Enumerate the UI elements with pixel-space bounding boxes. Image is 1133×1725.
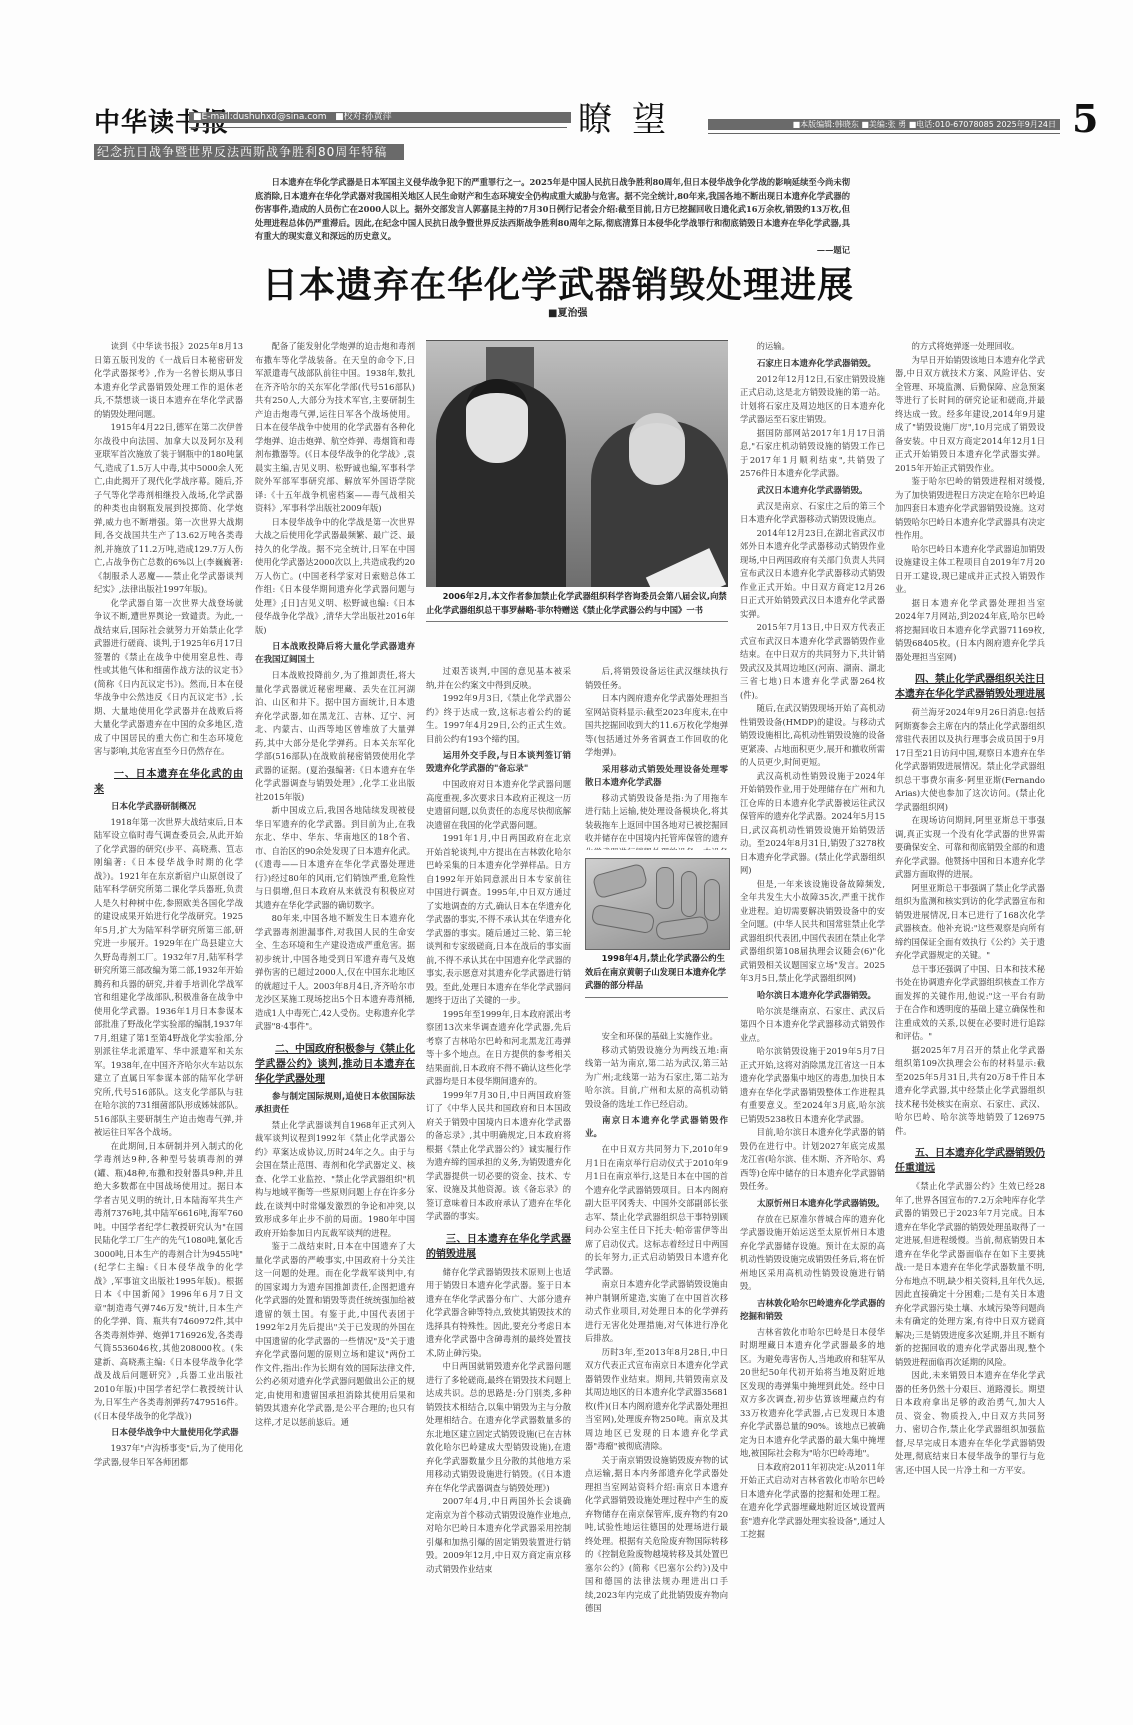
masthead: 中华读书报 ■E-mail:dushuhxd@sina.com ■校对:孙黄萍 … <box>94 100 1094 136</box>
email: ■E-mail:dushuhxd@sina.com <box>193 112 327 122</box>
column-1: 读到《中华读书报》2025年8月13日第五版刊发的《一战后日本秘密研发化学武器探… <box>94 340 243 1640</box>
shell <box>655 915 709 940</box>
paragraph: 中国政府对日本遗弃化学武器问题高度重视,多次要求日本政府正视这一历史遗留问题,以… <box>426 778 571 832</box>
paragraph: 随后,在武汉销毁现场开始了高机动性销毁设备(HMDP)的建设。与移动式销毁设施相… <box>740 702 885 770</box>
paragraph: 为早日开始销毁该地日本遗弃化学武器,中日双方就技术方案、风险评估、安全管理、环境… <box>895 354 1045 476</box>
paragraph: 历时3年,至2013年8月28日,中日双方代表正式宣布南京日本遗弃化学武器销毁作… <box>585 1346 728 1454</box>
paragraph: 1918年第一次世界大战结束后,日本陆军设立临时毒气调查委员会,从此开始了化学武… <box>94 816 243 1140</box>
article-headline: 日本遗弃在华化学武器销毁处理进展 <box>262 257 842 308</box>
paragraph: 2012年12月12日,石家庄销毁设施正式启动,这是北方销毁设施的第一站。计划将… <box>740 373 885 427</box>
paragraph: 但是,一年来该设施设备故障频发,全年共发生大小故障35次,严重干扰作业进程。迫切… <box>740 878 885 986</box>
subheading: 日本侵华战争中大量使用化学武器 <box>94 1427 243 1440</box>
column-5: 的运输。 石家庄日本遗弃化学武器销毁。 2012年12月12日,石家庄销毁设施正… <box>740 340 885 1640</box>
subheading: 哈尔滨日本遗弃化学武器销毁。 <box>740 990 885 1003</box>
paragraph: 读到《中华读书报》2025年8月13日第五版刊发的《一战后日本秘密研发化学武器探… <box>94 340 243 421</box>
paragraph: 哈尔巴岭日本遗弃化学武器追加销毁设施建设主体工程项目自2019年7月20日开工建… <box>895 543 1045 597</box>
paragraph: 的方式将炮弹逐一处理回收。 <box>895 340 1045 354</box>
contact-bar: ■E-mail:dushuhxd@sina.com ■校对:孙黄萍 <box>189 112 571 123</box>
paragraph: 目前,哈尔滨日本遗弃化学武器的销毁仍在进行中。计划2027年底完成黑龙江省(哈尔… <box>740 1126 885 1194</box>
paragraph: 储存化学武器销毁技术原则上也适用于销毁日本遗弃化学武器。鉴于日本遗弃在华化学武器… <box>426 1266 571 1361</box>
paragraph: 据日本遗弃化学武器处理担当室2024年7月网站,到2024年底,哈尔巴岭将挖掘回… <box>895 597 1045 665</box>
proofreader: ■校对:孙黄萍 <box>335 112 392 122</box>
paragraph: 过艰苦谈判,中国的意见基本被采纳,并在公约案文中得到反映。 <box>426 665 571 692</box>
paragraph: 日本侵华战争中的化学战是第一次世界大战之后使用化学武器最频繁、最广泛、最持久的化… <box>255 516 415 638</box>
section-title: 瞭望 <box>578 92 686 141</box>
byline: ■夏治强 <box>548 304 587 319</box>
subheading: 运用外交手段,与日本谈判签订销毁遗弃化学武器的"备忘录" <box>426 750 571 776</box>
paragraph: 荷兰海牙2024年9月26日消息:包括阿斯赛参会主席在内的禁止化学武器组织常驻代… <box>895 706 1045 814</box>
shell <box>656 867 674 909</box>
shell <box>591 904 656 934</box>
column-4-bottom: 安全和环保的基础上实施作业。 移动式销毁设施分为两线五地:南线第一站为南京,第二… <box>585 1030 728 1640</box>
subheading: 石家庄日本遗弃化学武器销毁。 <box>740 358 885 371</box>
paragraph: 1999年7月30日,中日两国政府签订了《中华人民共和国政府和日本国政府关于销毁… <box>426 1089 571 1224</box>
paragraph: 在此期间,日本研制并列入制式的化学毒剂达9种,各种型号装填毒剂的弹(罐、瓶)48… <box>94 1140 243 1424</box>
paragraph: 化学武器自第一次世界大战登场就争议不断,遭世界舆论一致谴责。为此,一战结束后,国… <box>94 597 243 759</box>
paragraph: 南京日本遗弃化学武器销毁设施由神户制钢所建造,实施了在中国首次移动式作业项目,对… <box>585 1278 728 1346</box>
subheading: 太原忻州日本遗弃化学武器销毁。 <box>740 1198 885 1211</box>
column-6: 的方式将炮弹逐一处理回收。 为早日开始销毁该地日本遗弃化学武器,中日双方就技术方… <box>895 340 1045 1640</box>
column-2: 配备了能发射化学炮弹的迫击炮和毒剂布撒车等化学战装备。在天皇的命令下,日军派遣毒… <box>255 340 415 1640</box>
paragraph: 《禁止化学武器公约》生效已经28年了,世界各国宣布的7.2万余吨库存化学武器的销… <box>895 1180 1045 1369</box>
shell <box>592 863 648 900</box>
paragraph: 哈尔滨销毁设施于2019年5月7日正式开始,这将对消除黑龙江省这一日本遗弃化学武… <box>740 1045 885 1126</box>
special-feature-banner: 纪念抗日战争暨世界反法西斯战争胜利80周年特稿 <box>94 144 404 160</box>
photo-caption: 2006年2月,本文作者参加禁止化学武器组织科学咨询委员会第八届会议,向禁止化学… <box>426 590 728 622</box>
divider <box>189 127 567 128</box>
paragraph: 在中日双方共同努力下,2010年9月1日在南京举行启动仪式于2010年9月1日在… <box>585 1143 728 1278</box>
paragraph: 关于南京销毁设施销毁废弃物的试点运输,据日本内务部遗弃化学武器处理担当室网站资料… <box>585 1454 728 1616</box>
section-heading-2: 二、中国政府积极参与《禁止化学武器公约》谈判,推动日本遗弃在华化学武器处理 <box>255 1042 415 1087</box>
section-heading-3: 三、日本遗弃在华化学武器的销毁进展 <box>426 1232 571 1262</box>
paragraph: 鉴于二战结束时,日本在中国遗弃了大量化学武器的严峻事实,中国政府十分关注这一问题… <box>255 1240 415 1429</box>
paragraph: 日本政府2011年初决定:从2011年开始正式启动对吉林省敦化市哈尔巴岭日本遗弃… <box>740 1461 885 1542</box>
subheading: 武汉日本遗弃化学武器销毁。 <box>740 485 885 498</box>
paragraph: 总干事还强调了中国、日本和技术秘书处在协调遗弃化学武器组织核查工作方面发挥的关键… <box>895 963 1045 1044</box>
section-heading-5: 五、日本遗弃化学武器销毁仍任重道远 <box>895 1146 1045 1176</box>
paragraph: 据2025年7月召开的禁止化学武器组织第109次执理会公布的材料显示:截至202… <box>895 1044 1045 1139</box>
subheading: 日本化学武器研制概况 <box>94 801 243 814</box>
subheading: 采用移动式销毁处理设备处理零散日本遗弃化学武器 <box>585 764 728 790</box>
paragraph: 2014年12月23日,在湖北省武汉市郊外日本遗弃化学武器移动式销毁作业现场,中… <box>740 527 885 622</box>
page-number: 5 <box>1072 96 1098 141</box>
paragraph: 移动式销毁设施分为两线五地:南线第一站为南京,第二站为武汉,第三站为广州;北线第… <box>585 1044 728 1112</box>
person-left <box>436 381 566 587</box>
paragraph: 1992年9月3日,《禁止化学武器公约》终于达成一致,这标志着公约的诞生。199… <box>426 692 571 746</box>
paragraph: 据国防部网站2017年1月17日消息,"石家庄机动销毁设施的销毁工作已于2017… <box>740 427 885 481</box>
paragraph: 哈尔滨是继南京、石家庄、武汉后第四个日本遗弃化学武器移动式销毁作业点。 <box>740 1005 885 1046</box>
subheading: 吉林敦化哈尔巴岭遗弃化学武器的挖掘和销毁 <box>740 1298 885 1324</box>
section-heading-1: 一、日本遗弃在华化武的由来 <box>94 767 243 797</box>
photo-caption: 1998年4月,禁止化学武器公约生效后在南京黄朝子山发现日本遗弃化学武器的部分样… <box>585 952 728 998</box>
paragraph: 后,将销毁设备运往武汉继续执行销毁任务。 <box>585 665 728 692</box>
subheading: 参与制定国际规则,追使日本依国际法承担责任 <box>255 1091 415 1117</box>
paragraph: 移动式销毁设备是指:为了用拖车进行陆上运输,使处理设备模块化,将其装载拖车上返回… <box>585 792 728 851</box>
paragraph: 的运输。 <box>740 340 885 354</box>
paragraph: 1991年1月,中日两国政府在北京开始首轮谈判,中方提出在吉林敦化哈尔巴岭采集的… <box>426 832 571 1008</box>
preface-signature: ——题记 <box>255 244 850 258</box>
paragraph: 日本战败投降前夕,为了推卸责任,将大量化学武器就近秘密埋藏、丢失在江河湖泊、山区… <box>255 669 415 804</box>
shell <box>704 879 720 921</box>
paragraph: 中日两国就销毁遗弃化学武器问题进行了多轮磋商,最终在销毁技术问题上达成共识。总的… <box>426 1360 571 1495</box>
preface-text: 日本遗弃在华化学武器是日本军国主义侵华战争犯下的严重罪行之一。2025年是中国人… <box>255 177 850 241</box>
paragraph: 1937年"卢沟桥事变"后,为了使用化学武器,侵华日军各师团都 <box>94 1442 243 1469</box>
paragraph: 2015年7月13日,中日双方代表正式宣布武汉日本遗弃化学武器销毁作业结束。在中… <box>740 621 885 702</box>
paragraph: 因此,未来销毁日本遗弃在华化学武器的任务仍然十分艰巨、道路漫长。期望日本政府拿出… <box>895 1369 1045 1477</box>
paragraph: 1995年至1999年,日本政府派出考察团13次来华调查遗弃化学武器,先后考察了… <box>426 1008 571 1089</box>
section-heading-4: 四、禁止化学武器组织关注日本遗弃在华化学武器销毁处理进展 <box>895 672 1045 702</box>
paragraph: 吉林省敦化市哈尔巴岭是日本侵华时期埋藏日本遗弃化学武器最多的地区。为避免毒害伤人… <box>740 1326 885 1461</box>
divider <box>708 133 1060 134</box>
subheading: 南京日本遗弃化学武器销毁作业。 <box>585 1115 728 1141</box>
column-3: 过艰苦谈判,中国的意见基本被采纳,并在公约案文中得到反映。 1992年9月3日,… <box>426 665 571 1640</box>
photo-author-with-opcw-director <box>426 340 728 587</box>
paragraph: 武汉高机动性销毁设施于2024年开始销毁作业,用于处理储存在广州和九江仓库的日本… <box>740 770 885 878</box>
paragraph: 配备了能发射化学炮弹的迫击炮和毒剂布撒车等化学战装备。在天皇的命令下,日军派遣毒… <box>255 340 415 516</box>
paragraph: 存放在已原准尔普城合库的遗弃化学武器设施开始运送至太原忻州日本遗弃化学武器储存设… <box>740 1213 885 1294</box>
paragraph: 禁止化学武器谈判自1968年正式列入裁军谈判议程到1992年《禁止化学武器公约》… <box>255 1119 415 1241</box>
shell <box>681 871 697 917</box>
subheading: 日本战败投降后将大量化学武器遗弃在我国辽阔国土 <box>255 641 415 667</box>
paragraph: 日本内阁府遗弃化学武器处理担当室网站资料显示:截至2023年度末,在中国共挖掘回… <box>585 692 728 760</box>
paragraph: 1915年4月22日,德军在第二次伊普尔战役中向法国、加拿大以及阿尔及利亚联军首… <box>94 421 243 597</box>
paragraph: 武汉是南京、石家庄之后的第三个日本遗弃化学武器移动式销毁设施点。 <box>740 500 885 527</box>
paragraph: 安全和环保的基础上实施作业。 <box>585 1030 728 1044</box>
paragraph: 新中国成立后,我国各地陆续发现被侵华日军遗弃的化学武器。到目前为止,在我东北、华… <box>255 804 415 912</box>
editor-info-bar: ■本版编辑:韩晓东 ■美编:张 勇 ■电话:010-67078085 2025年… <box>708 119 1060 130</box>
photo-chemical-weapon-samples <box>585 858 730 950</box>
paragraph: 2007年4月,中日两国外长会谈确定南京为首个移动式销毁设施作业地点,对哈尔巴岭… <box>426 1495 571 1576</box>
paragraph: 阿里亚斯总干事强调了禁止化学武器组织为监测和核实到访的化学武器宣布和销毁进展情况… <box>895 882 1045 963</box>
article-preface: 日本遗弃在华化学武器是日本军国主义侵华战争犯下的严重罪行之一。2025年是中国人… <box>255 176 850 257</box>
column-4-top: 后,将销毁设备运往武汉继续执行销毁任务。 日本内阁府遗弃化学武器处理担当室网站资… <box>585 665 728 850</box>
paragraph: 在现场访问期间,阿里亚斯总干事强调,真正实现一个没有化学武器的世界需要确保安全、… <box>895 814 1045 882</box>
paragraph: 80年来,中国各地不断发生日本遗弃化学武器毒剂泄漏事件,对我国人民的生命安全、生… <box>255 912 415 1034</box>
paragraph: 鉴于哈尔巴岭的销毁进程相对缓慢,为了加快销毁进程日方决定在哈尔巴岭追加四套日本遗… <box>895 475 1045 543</box>
